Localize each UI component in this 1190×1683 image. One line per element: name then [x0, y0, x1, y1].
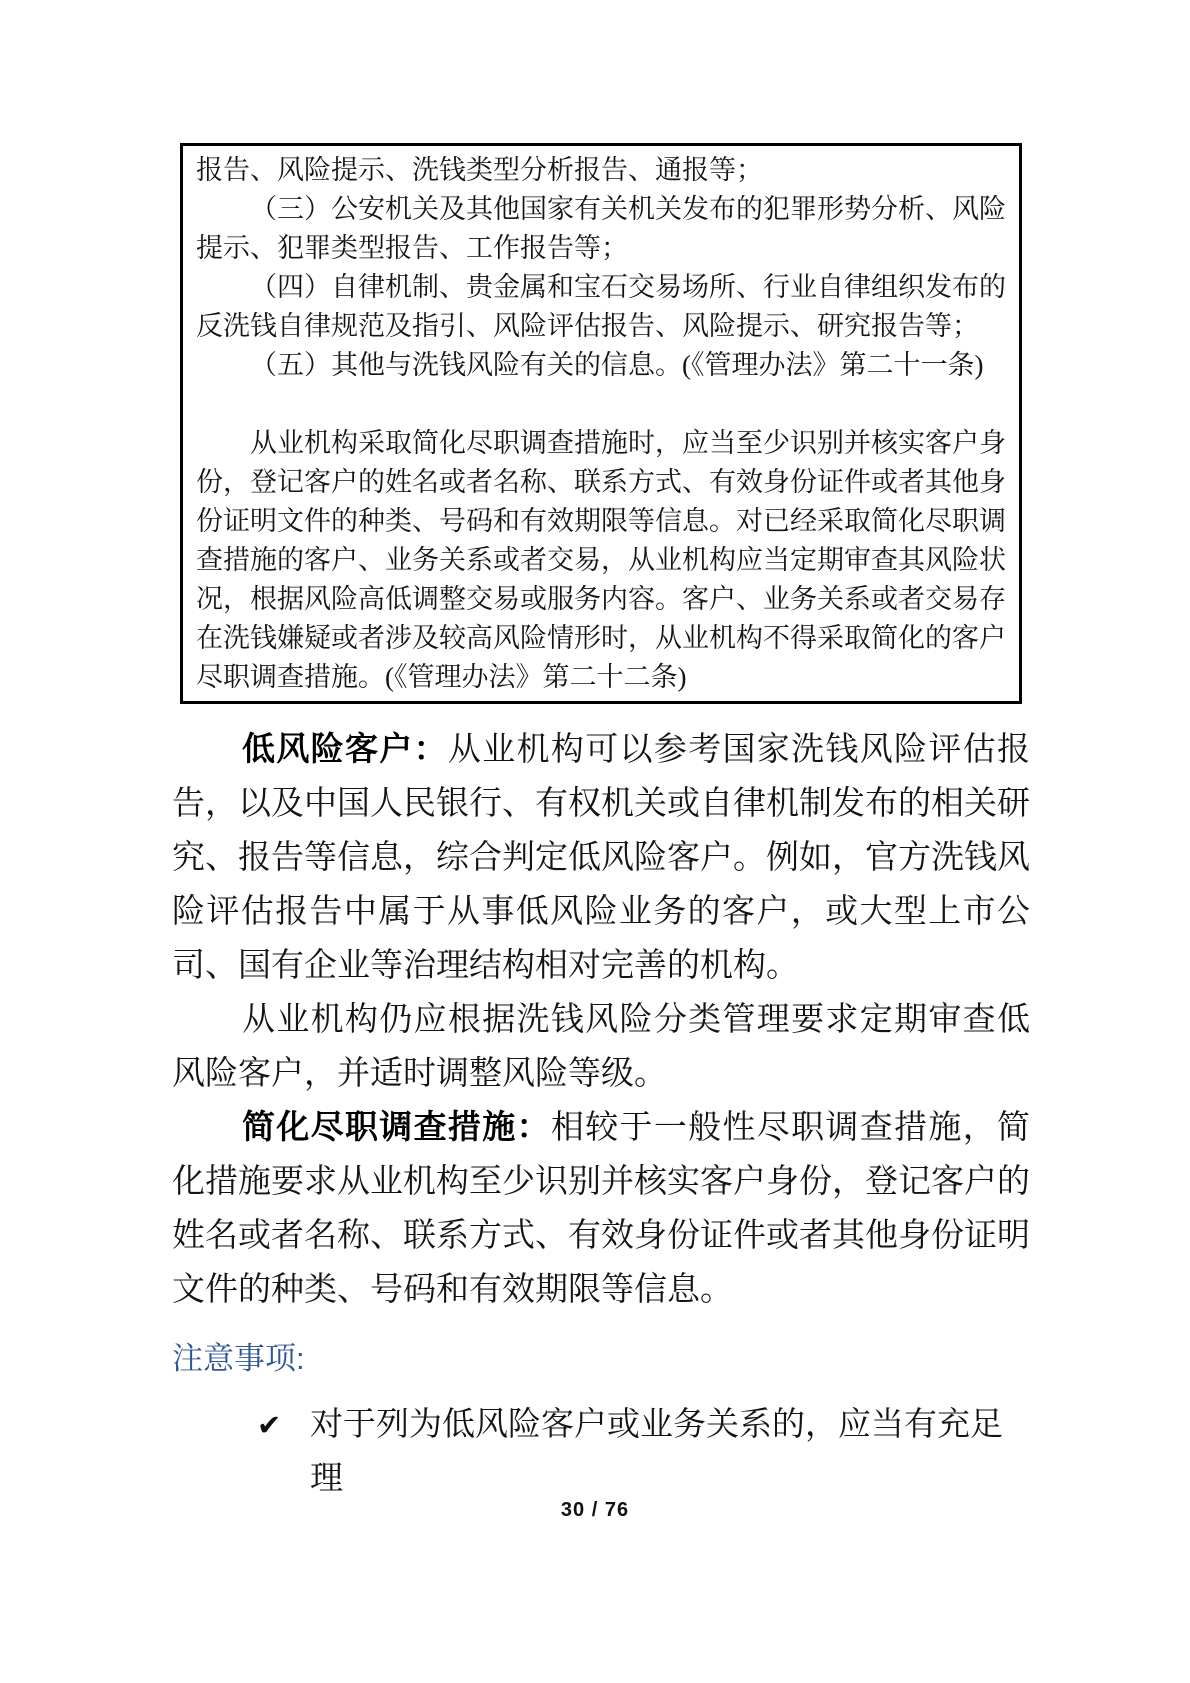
excerpt-paragraph: （五）其他与洗钱风险有关的信息。(《管理办法》第二十一条): [196, 346, 1006, 385]
excerpt-blank-line: [196, 385, 1006, 424]
bullet-text: 对于列为低风险客户或业务关系的，应当有充足理: [310, 1398, 1030, 1506]
paragraph-text: 从业机构仍应根据洗钱风险分类管理要求定期审查低风险客户，并适时调整风险等级。: [172, 1002, 1030, 1092]
body-paragraph: 低风险客户：从业机构可以参考国家洗钱风险评估报告，以及中国人民银行、有权机关或自…: [172, 723, 1030, 993]
regulation-excerpt-box: 报告、风险提示、洗钱类型分析报告、通报等； （三）公安机关及其他国家有关机关发布…: [180, 143, 1022, 704]
bullet-item: ✔ 对于列为低风险客户或业务关系的，应当有充足理: [172, 1398, 1030, 1506]
excerpt-paragraph: （三）公安机关及其他国家有关机关发布的犯罪形势分析、风险提示、犯罪类型报告、工作…: [196, 190, 1006, 268]
excerpt-paragraph: （四）自律机制、贵金属和宝石交易场所、行业自律组织发布的反洗钱自律规范及指引、风…: [196, 268, 1006, 346]
paragraph-text: 从业机构可以参考国家洗钱风险评估报告，以及中国人民银行、有权机关或自律机制发布的…: [172, 732, 1030, 984]
paragraph-lead-simplified-due-diligence: 简化尽职调查措施：: [242, 1110, 551, 1146]
paragraph-lead-low-risk-customer: 低风险客户：: [242, 732, 448, 768]
document-page: 报告、风险提示、洗钱类型分析报告、通报等； （三）公安机关及其他国家有关机关发布…: [0, 0, 1190, 1683]
body-paragraph: 简化尽职调查措施：相较于一般性尽职调查措施，简化措施要求从业机构至少识别并核实客…: [172, 1101, 1030, 1317]
checkmark-icon: ✔: [257, 1398, 310, 1452]
body-text-block: 低风险客户：从业机构可以参考国家洗钱风险评估报告，以及中国人民银行、有权机关或自…: [172, 723, 1030, 1317]
notes-heading: 注意事项:: [172, 1337, 305, 1381]
page-number: 30 / 76: [0, 1496, 1190, 1524]
excerpt-paragraph: 报告、风险提示、洗钱类型分析报告、通报等；: [196, 151, 1006, 190]
body-paragraph: 从业机构仍应根据洗钱风险分类管理要求定期审查低风险客户，并适时调整风险等级。: [172, 993, 1030, 1101]
excerpt-paragraph: 从业机构采取简化尽职调查措施时，应当至少识别并核实客户身份，登记客户的姓名或者名…: [196, 424, 1006, 697]
